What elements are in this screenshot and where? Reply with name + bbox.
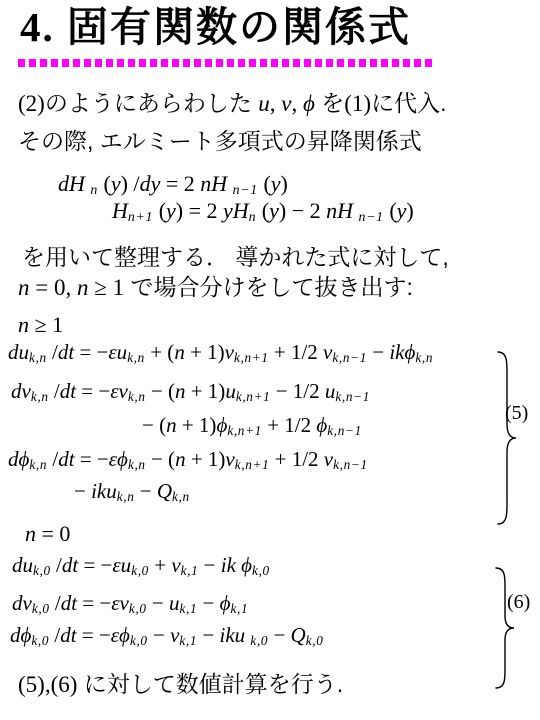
hermite-recurrence-equation: Hn+1 (y) = 2 yHn (y) − 2 nH n−1 (y)	[112, 198, 414, 225]
eq5-dphi-line-2: − ikuk,n − Qk,n	[74, 479, 190, 504]
page-title: 4. 固有関数の関係式	[20, 4, 411, 51]
footer-note: (5),(6) に対して数値計算を行う.	[18, 671, 343, 698]
eq6-curly-brace-icon	[477, 548, 515, 714]
eq5-curly-brace-icon	[479, 332, 517, 550]
eq5-du-line: duk,n /dt = −εuk,n + (n + 1)vk,n+1 + 1/2…	[8, 340, 433, 365]
eq5-dv-line-1: dvk,n /dt = −εvk,n − (n + 1)uk,n+1 − 1/2…	[11, 379, 370, 404]
intro-line-2: その際, エルミート多項式の昇降関係式	[18, 128, 422, 155]
case-n-ge-1-heading: n ≥ 1	[18, 312, 63, 337]
hermite-derivative-equation: dH n (y) /dy = 2 nH n−1 (y)	[58, 171, 288, 198]
intro-line-1: (2)のようにあらわした u, v, ϕ を(1)に代入.	[18, 90, 446, 117]
slide: 4. 固有関数の関係式 (2)のようにあらわした u, v, ϕ を(1)に代入…	[0, 0, 540, 720]
case-n-eq-0-heading: n = 0	[25, 521, 70, 546]
eq5-dv-line-2: − (n + 1)ϕk,n+1 + 1/2 ϕk,n−1	[142, 413, 362, 438]
middle-line-2: n = 0, n ≥ 1 で場合分けをして抜き出す:	[18, 274, 413, 301]
title-underline-dotted	[18, 59, 434, 67]
eq6-dphi-line: dϕk,0 /dt = −εϕk,0 − vk,1 − iku k,0 − Qk…	[10, 623, 324, 648]
eq5-dphi-line-1: dϕk,n /dt = −εϕk,n − (n + 1)vk,n+1 + 1/2…	[8, 447, 368, 472]
eq6-number: (6)	[507, 591, 530, 614]
middle-line-1: を用いて整理する． 導かれた式に対して,	[22, 244, 449, 271]
eq6-dv-line: dvk,0 /dt = −εvk,0 − uk,1 − ϕk,1	[12, 591, 248, 616]
eq6-du-line: duk,0 /dt = −εuk,0 + vk,1 − ik ϕk,0	[12, 553, 270, 578]
eq5-number: (5)	[505, 402, 528, 425]
